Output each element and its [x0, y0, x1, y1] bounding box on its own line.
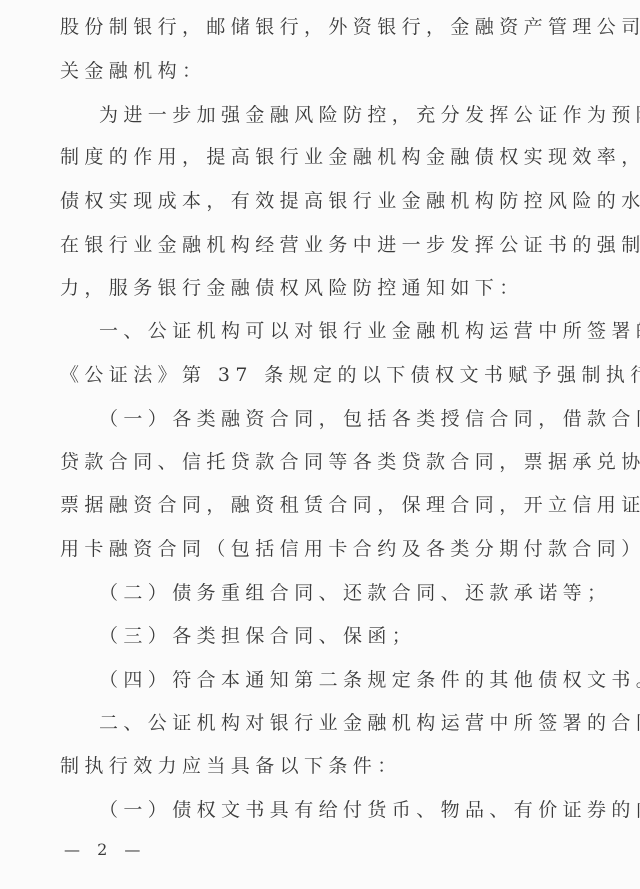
text-line: 制度的作用，提高银行业金融机构金融债权实现效率，降低金融 [60, 135, 600, 179]
text-line: 债权实现成本，有效提高银行业金融机构防控风险的水平，现就 [60, 179, 600, 223]
text-line: （二）债务重组合同、还款合同、还款承诺等； [99, 571, 639, 615]
document-page: 股份制银行，邮储银行，外资银行，金融资产管理公司，其他有 关金融机构： 为进一步… [0, 0, 640, 889]
text-line: 《公证法》第 37 条规定的以下债权文书赋予强制执行效力： [60, 353, 600, 397]
text-line: 用卡融资合同（包括信用卡合约及各类分期付款合同）等； [60, 527, 600, 571]
text-line: 制执行效力应当具备以下条件： [60, 744, 600, 788]
page-number: — 2 — [64, 838, 146, 862]
text-line: 二、公证机构对银行业金融机构运营中所签署的合同赋予强 [99, 701, 639, 745]
text-line: 力，服务银行金融债权风险防控通知如下： [60, 266, 600, 310]
text-line: 票据融资合同，融资租赁合同，保理合同，开立信用证合同，信 [60, 483, 600, 527]
text-line: 股份制银行，邮储银行，外资银行，金融资产管理公司，其他有 [60, 5, 600, 49]
text-line: 一、公证机构可以对银行业金融机构运营中所签署的符合 [99, 309, 639, 353]
text-line: （一）各类融资合同，包括各类授信合同，借款合同、委托 [99, 397, 639, 441]
text-line: （三）各类担保合同、保函； [99, 614, 639, 658]
text-line: （一）债权文书具有给付货币、物品、有价证券的内容； [99, 788, 639, 832]
text-line: 关金融机构： [60, 49, 600, 93]
text-line: 在银行业金融机构经营业务中进一步发挥公证书的强制执行效 [60, 223, 600, 267]
text-line: （四）符合本通知第二条规定条件的其他债权文书。 [99, 658, 639, 702]
text-line: 贷款合同、信托贷款合同等各类贷款合同，票据承兑协议等各类 [60, 440, 600, 484]
text-line: 为进一步加强金融风险防控，充分发挥公证作为预防性法律 [99, 93, 639, 137]
